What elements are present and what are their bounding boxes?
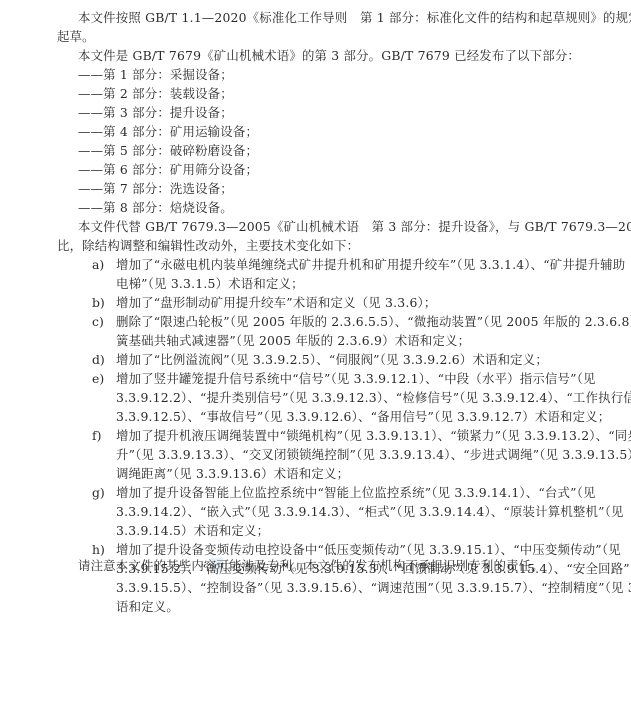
part-list-item: ——第 4 部分：矿用运输设备； [78, 124, 258, 140]
change-text: 增加了“比例溢流阀”（见 3.3.9.2.5）、“伺服阀”（见 3.3.9.2.… [116, 352, 548, 368]
change-label: d) [92, 352, 105, 368]
part-list-item: ——第 7 部分：洗选设备； [78, 181, 233, 197]
replaces-line-1: 本文件代替 GB/T 7679.3—2005《矿山机械术语 第 3 部分：提升设… [78, 219, 631, 235]
intro-line-1: 本文件按照 GB/T 1.1—2020《标准化工作导则 第 1 部分：标准化文件… [78, 10, 631, 26]
change-text: 删除了“限速凸轮板”（见 2005 年版的 2.3.6.5.5）、“微拖动装置”… [116, 314, 631, 330]
change-text: 增加了竖井罐笼提升信号系统中“信号”（见 3.3.9.12.1）、“中段（水平）… [116, 371, 596, 387]
change-text: 3.3.9.14.2）、“嵌入式”（见 3.3.9.14.3）、“柜式”（见 3… [116, 504, 624, 520]
document-page: 本文件按照 GB/T 1.1—2020《标准化工作导则 第 1 部分：标准化文件… [0, 0, 631, 711]
change-label: e) [92, 371, 104, 387]
change-label: h) [92, 542, 105, 558]
change-text: 簧基础共轴式减速器”（见 2005 年版的 2.3.6.9）术语和定义； [116, 333, 470, 349]
change-label: a) [92, 257, 104, 273]
patent-note: 请注意本文件的某些内容可能涉及专利。本文件的发布机构不承担识别专利的责任。 [78, 558, 544, 574]
part-list-item: ——第 3 部分：提升设备； [78, 105, 233, 121]
change-label: f) [92, 428, 101, 444]
change-label: c) [92, 314, 104, 330]
replaces-line-2: 比，除结构调整和编辑性改动外，主要技术变化如下： [57, 238, 359, 254]
change-text: 3.3.9.12.2）、“提升类别信号”（见 3.3.9.12.3）、“检修信号… [116, 390, 631, 406]
change-text: 3.3.9.14.5）术语和定义； [116, 523, 269, 539]
change-text: 增加了提升设备变频传动电控设备中“低压变频传动”（见 3.3.9.15.1）、“… [116, 542, 621, 558]
change-text: 电梯”（见 3.3.1.5）术语和定义； [116, 276, 304, 292]
intro-line-2: 起草。 [57, 29, 95, 45]
part-list-item: ——第 6 部分：矿用筛分设备； [78, 162, 258, 178]
change-label: g) [92, 485, 105, 501]
part-list-item: ——第 1 部分：采掘设备； [78, 67, 233, 83]
change-text: 增加了“永磁电机内装单绳缠绕式矿井提升机和矿用提升绞车”（见 3.3.1.4）、… [116, 257, 625, 273]
change-text: 增加了“盘形制动矿用提升绞车”术语和定义（见 3.3.6）； [116, 295, 437, 311]
change-text: 增加了提升设备智能上位监控系统中“智能上位监控系统”（见 3.3.9.14.1）… [116, 485, 596, 501]
change-text: 3.3.9.15.5）、“控制设备”（见 3.3.9.15.6）、“调速范围”（… [116, 580, 631, 596]
part-list-item: ——第 8 部分：焙烧设备。 [78, 200, 233, 216]
change-label: b) [92, 295, 105, 311]
change-text: 增加了提升机液压调绳装置中“锁绳机构”（见 3.3.9.13.1）、“锁紧力”（… [116, 428, 631, 444]
change-text: 升”（见 3.3.9.13.3）、“交叉闭锁锁绳控制”（见 3.3.9.13.4… [116, 447, 631, 463]
change-text: 语和定义。 [116, 599, 179, 615]
change-text: 3.3.9.12.5）、“事故信号”（见 3.3.9.12.6）、“备用信号”（… [116, 409, 610, 425]
change-text: 调绳距离”（见 3.3.9.13.6）术语和定义； [116, 466, 349, 482]
part-list-item: ——第 5 部分：破碎粉磨设备； [78, 143, 258, 159]
part-of-statement: 本文件是 GB/T 7679《矿山机械术语》的第 3 部分。GB/T 7679 … [78, 48, 580, 64]
part-list-item: ——第 2 部分：装载设备； [78, 86, 233, 102]
